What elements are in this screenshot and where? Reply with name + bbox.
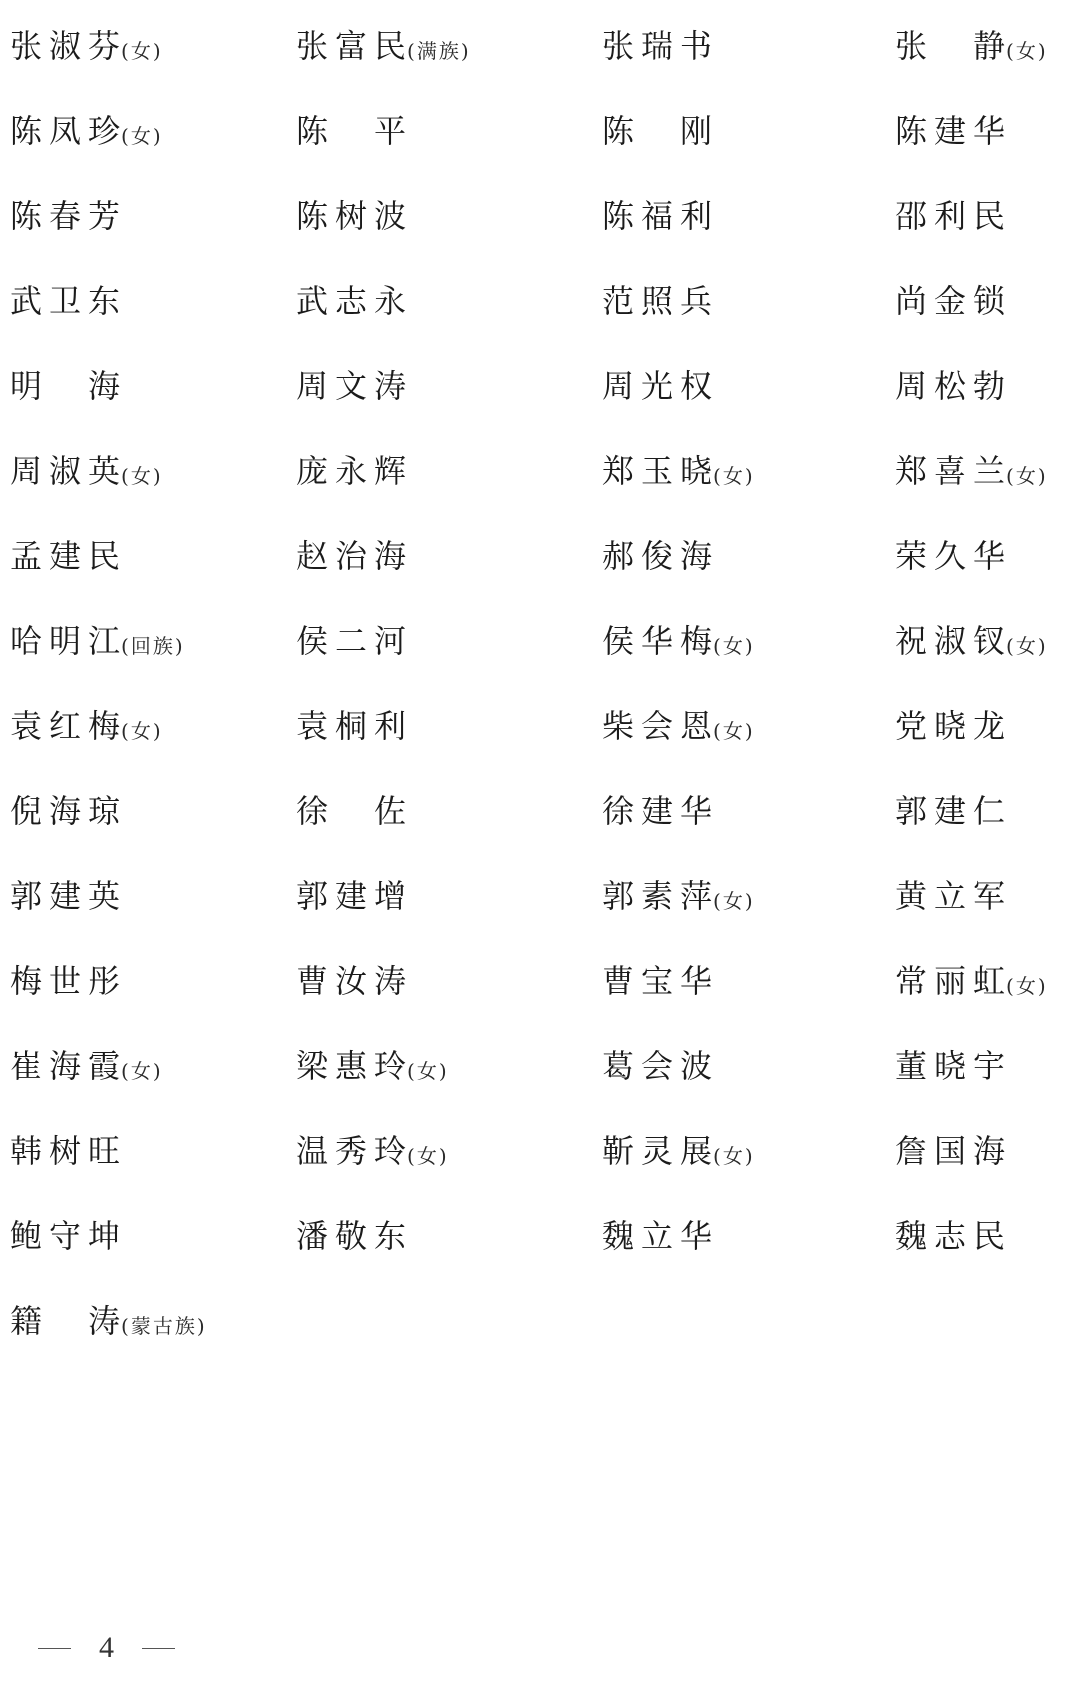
person-annotation: (女): [121, 126, 163, 146]
person-annotation: (满族): [407, 41, 471, 61]
name-entry: 常丽虹(女): [895, 938, 1048, 1023]
name-entry: 靳灵展(女): [602, 1108, 755, 1193]
footer-dash-left: [38, 1648, 71, 1649]
name-entry: 哈明江(回族): [10, 598, 185, 683]
person-annotation: (女): [713, 1146, 755, 1166]
person-name: 温秀玲: [296, 1135, 413, 1167]
person-name: 郭建英: [10, 880, 127, 912]
name-entry: 徐 佐: [296, 768, 413, 853]
name-entry: 庞永辉: [296, 428, 413, 513]
person-name: 梅世彤: [10, 965, 127, 997]
name-row: 陈凤珍(女)陈 平陈 刚陈建华: [0, 88, 1080, 173]
person-name: 张 静: [895, 30, 1012, 62]
name-entry: 郑玉晓(女): [602, 428, 755, 513]
name-row: 崔海霞(女)梁惠玲(女)葛会波董晓宇: [0, 1023, 1080, 1108]
person-name: 郭建仁: [895, 795, 1012, 827]
name-row: 籍 涛(蒙古族): [0, 1278, 1080, 1363]
name-entry: 曹宝华: [602, 938, 719, 1023]
name-entry: 黄立军: [895, 853, 1012, 938]
person-name: 韩树旺: [10, 1135, 127, 1167]
name-entry: 党晓龙: [895, 683, 1012, 768]
name-entry: 陈 刚: [602, 88, 719, 173]
page-number: 4: [99, 1633, 114, 1663]
person-name: 郝俊海: [602, 540, 719, 572]
person-name: 武卫东: [10, 285, 127, 317]
person-name: 魏志民: [895, 1220, 1012, 1252]
name-entry: 武志永: [296, 258, 413, 343]
person-name: 陈福利: [602, 200, 719, 232]
name-entry: 袁桐利: [296, 683, 413, 768]
name-entry: 张淑芬(女): [10, 3, 163, 88]
name-entry: 籍 涛(蒙古族): [10, 1278, 207, 1363]
person-name: 徐建华: [602, 795, 719, 827]
person-name: 魏立华: [602, 1220, 719, 1252]
person-name: 詹国海: [895, 1135, 1012, 1167]
name-entry: 袁红梅(女): [10, 683, 163, 768]
person-name: 张瑞书: [602, 30, 719, 62]
person-name: 常丽虹: [895, 965, 1012, 997]
person-name: 孟建民: [10, 540, 127, 572]
name-entry: 荣久华: [895, 513, 1012, 598]
person-name: 尚金锁: [895, 285, 1012, 317]
name-entry: 郭素萍(女): [602, 853, 755, 938]
person-name: 袁红梅: [10, 710, 127, 742]
person-name: 徐 佐: [296, 795, 413, 827]
person-name: 哈明江: [10, 625, 127, 657]
name-entry: 尚金锁: [895, 258, 1012, 343]
person-name: 武志永: [296, 285, 413, 317]
name-entry: 倪海琼: [10, 768, 127, 853]
name-entry: 梅世彤: [10, 938, 127, 1023]
person-name: 黄立军: [895, 880, 1012, 912]
person-name: 董晓宇: [895, 1050, 1012, 1082]
person-name: 郑玉晓: [602, 455, 719, 487]
person-name: 籍 涛: [10, 1305, 127, 1337]
person-annotation: (女): [1006, 466, 1048, 486]
name-entry: 温秀玲(女): [296, 1108, 449, 1193]
name-entry: 侯二河: [296, 598, 413, 683]
name-entry: 陈树波: [296, 173, 413, 258]
person-name: 侯二河: [296, 625, 413, 657]
person-name: 侯华梅: [602, 625, 719, 657]
name-entry: 詹国海: [895, 1108, 1012, 1193]
name-entry: 董晓宇: [895, 1023, 1012, 1108]
name-row: 韩树旺温秀玲(女)靳灵展(女)詹国海: [0, 1108, 1080, 1193]
name-entry: 魏立华: [602, 1193, 719, 1278]
name-row: 鲍守坤潘敬东魏立华魏志民: [0, 1193, 1080, 1278]
person-name: 庞永辉: [296, 455, 413, 487]
person-name: 张淑芬: [10, 30, 127, 62]
person-annotation: (女): [713, 636, 755, 656]
name-entry: 柴会恩(女): [602, 683, 755, 768]
person-name: 周淑英: [10, 455, 127, 487]
person-annotation: (女): [713, 466, 755, 486]
person-annotation: (女): [1006, 976, 1048, 996]
person-name: 崔海霞: [10, 1050, 127, 1082]
name-entry: 徐建华: [602, 768, 719, 853]
name-entry: 韩树旺: [10, 1108, 127, 1193]
name-entry: 明 海: [10, 343, 127, 428]
person-name: 赵治海: [296, 540, 413, 572]
name-entry: 郝俊海: [602, 513, 719, 598]
name-entry: 陈建华: [895, 88, 1012, 173]
name-entry: 张瑞书: [602, 3, 719, 88]
person-annotation: (回族): [121, 636, 185, 656]
name-row: 袁红梅(女)袁桐利柴会恩(女)党晓龙: [0, 683, 1080, 768]
person-name: 范照兵: [602, 285, 719, 317]
person-name: 陈树波: [296, 200, 413, 232]
person-name: 梁惠玲: [296, 1050, 413, 1082]
person-annotation: (蒙古族): [121, 1316, 207, 1336]
name-entry: 赵治海: [296, 513, 413, 598]
name-row: 哈明江(回族)侯二河侯华梅(女)祝淑钗(女): [0, 598, 1080, 683]
person-annotation: (女): [713, 891, 755, 911]
person-name: 曹汝涛: [296, 965, 413, 997]
person-name: 陈 刚: [602, 115, 719, 147]
person-name: 党晓龙: [895, 710, 1012, 742]
name-entry: 侯华梅(女): [602, 598, 755, 683]
person-name: 潘敬东: [296, 1220, 413, 1252]
person-name: 周松勃: [895, 370, 1012, 402]
name-entry: 鲍守坤: [10, 1193, 127, 1278]
name-row: 倪海琼徐 佐徐建华郭建仁: [0, 768, 1080, 853]
name-row: 张淑芬(女)张富民(满族)张瑞书张 静(女): [0, 3, 1080, 88]
person-name: 郑喜兰: [895, 455, 1012, 487]
name-row: 武卫东武志永范照兵尚金锁: [0, 258, 1080, 343]
person-name: 周文涛: [296, 370, 413, 402]
person-name: 陈春芳: [10, 200, 127, 232]
person-name: 陈建华: [895, 115, 1012, 147]
person-name: 陈凤珍: [10, 115, 127, 147]
name-entry: 郭建增: [296, 853, 413, 938]
name-entry: 葛会波: [602, 1023, 719, 1108]
name-row: 郭建英郭建增郭素萍(女)黄立军: [0, 853, 1080, 938]
name-entry: 祝淑钗(女): [895, 598, 1048, 683]
name-entry: 张富民(满族): [296, 3, 471, 88]
page-footer: 4: [38, 1632, 175, 1664]
name-row: 梅世彤曹汝涛曹宝华常丽虹(女): [0, 938, 1080, 1023]
person-name: 周光权: [602, 370, 719, 402]
person-name: 袁桐利: [296, 710, 413, 742]
person-name: 葛会波: [602, 1050, 719, 1082]
person-annotation: (女): [1006, 41, 1048, 61]
name-entry: 曹汝涛: [296, 938, 413, 1023]
name-entry: 孟建民: [10, 513, 127, 598]
person-name: 荣久华: [895, 540, 1012, 572]
name-entry: 武卫东: [10, 258, 127, 343]
name-entry: 范照兵: [602, 258, 719, 343]
person-name: 柴会恩: [602, 710, 719, 742]
person-annotation: (女): [121, 41, 163, 61]
person-name: 倪海琼: [10, 795, 127, 827]
person-annotation: (女): [713, 721, 755, 741]
person-annotation: (女): [1006, 636, 1048, 656]
name-entry: 周文涛: [296, 343, 413, 428]
name-entry: 陈春芳: [10, 173, 127, 258]
name-row: 明 海周文涛周光权周松勃: [0, 343, 1080, 428]
name-entry: 潘敬东: [296, 1193, 413, 1278]
name-entry: 陈凤珍(女): [10, 88, 163, 173]
name-row: 周淑英(女)庞永辉郑玉晓(女)郑喜兰(女): [0, 428, 1080, 513]
name-row: 陈春芳陈树波陈福利邵利民: [0, 173, 1080, 258]
person-name: 郭素萍: [602, 880, 719, 912]
name-entry: 郭建仁: [895, 768, 1012, 853]
footer-dash-right: [142, 1648, 175, 1649]
name-entry: 周淑英(女): [10, 428, 163, 513]
name-row: 孟建民赵治海郝俊海荣久华: [0, 513, 1080, 598]
name-entry: 陈 平: [296, 88, 413, 173]
name-entry: 梁惠玲(女): [296, 1023, 449, 1108]
name-entry: 陈福利: [602, 173, 719, 258]
person-name: 陈 平: [296, 115, 413, 147]
person-name: 邵利民: [895, 200, 1012, 232]
person-name: 郭建增: [296, 880, 413, 912]
person-annotation: (女): [407, 1146, 449, 1166]
name-entry: 魏志民: [895, 1193, 1012, 1278]
person-annotation: (女): [121, 1061, 163, 1081]
person-name: 曹宝华: [602, 965, 719, 997]
person-annotation: (女): [121, 721, 163, 741]
person-name: 祝淑钗: [895, 625, 1012, 657]
name-entry: 张 静(女): [895, 3, 1048, 88]
person-name: 靳灵展: [602, 1135, 719, 1167]
name-entry: 崔海霞(女): [10, 1023, 163, 1108]
name-entry: 周松勃: [895, 343, 1012, 428]
name-entry: 郑喜兰(女): [895, 428, 1048, 513]
person-name: 鲍守坤: [10, 1220, 127, 1252]
person-name: 明 海: [10, 370, 127, 402]
name-entry: 郭建英: [10, 853, 127, 938]
person-annotation: (女): [407, 1061, 449, 1081]
name-entry: 周光权: [602, 343, 719, 428]
person-name: 张富民: [296, 30, 413, 62]
person-annotation: (女): [121, 466, 163, 486]
name-entry: 邵利民: [895, 173, 1012, 258]
